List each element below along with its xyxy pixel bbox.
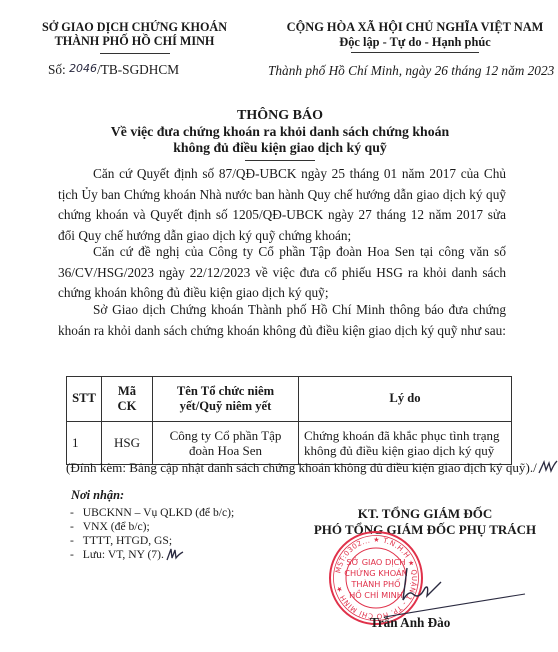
table-row: 1 HSG Công ty Cổ phần Tập đoàn Hoa Sen C…: [67, 422, 512, 465]
paragraph-legal-basis-2: Căn cứ đề nghị của Công ty Cổ phần Tập đ…: [58, 242, 506, 304]
number-suffix: /TB-SGDHCM: [97, 62, 179, 77]
paragraph-legal-basis-1: Căn cứ Quyết định số 87/QĐ-UBCK ngày 25 …: [58, 164, 506, 246]
title-subject-line2: không đủ điều kiện giao dịch ký quỹ: [60, 140, 500, 156]
attachment-note: (Đính kèm: Bảng cập nhật danh sách chứng…: [66, 460, 537, 476]
initials-mark-icon: [165, 546, 185, 562]
col-issuer-name: Tên Tổ chức niêm yết/Quỹ niêm yết: [153, 377, 299, 422]
handwritten-number: 2046: [69, 62, 97, 75]
recipient-item: TTTT, HTGD, GS;: [70, 534, 234, 548]
cell-stt: 1: [67, 422, 102, 465]
recipients-title: Nơi nhận:: [71, 488, 124, 503]
securities-table: STT Mã CK Tên Tổ chức niêm yết/Quỹ niêm …: [66, 376, 512, 465]
document-number: Số: 2046/TB-SGDHCM: [48, 62, 179, 78]
divider: [100, 53, 170, 54]
motto: Độc lập - Tự do - Hạnh phúc: [285, 35, 545, 50]
title-heading: THÔNG BÁO: [60, 108, 500, 124]
recipient-text: Lưu: VT, NY (7).: [83, 548, 164, 561]
recipients-list: UBCKNN – Vụ QLKD (để b/c); VNX (để b/c);…: [70, 506, 234, 562]
col-stt: STT: [67, 377, 102, 422]
cell-issuer-name: Công ty Cổ phần Tập đoàn Hoa Sen: [153, 422, 299, 465]
signature-title-line1: KT. TỔNG GIÁM ĐỐC: [300, 506, 550, 522]
document-title: THÔNG BÁO Về việc đưa chứng khoán ra khỏ…: [60, 108, 500, 161]
recipient-item: Lưu: VT, NY (7).: [70, 548, 234, 562]
col-ticker: Mã CK: [102, 377, 153, 422]
agency-line2: THÀNH PHỐ HỒ CHÍ MINH: [22, 34, 247, 48]
document-date: Thành phố Hồ Chí Minh, ngày 26 tháng 12 …: [268, 63, 554, 79]
cell-reason: Chứng khoán đã khắc phục tình trạng khôn…: [299, 422, 512, 465]
paragraph-announcement: Sở Giao dịch Chứng khoán Thành phố Hồ Ch…: [58, 300, 506, 341]
initials-mark-icon: [537, 458, 558, 476]
title-subject-line1: Về việc đưa chứng khoán ra khỏi danh sác…: [60, 124, 500, 140]
attachment-text: (Đính kèm: Bảng cập nhật danh sách chứng…: [66, 460, 537, 475]
issuing-agency: SỞ GIAO DỊCH CHỨNG KHOÁN THÀNH PHỐ HỒ CH…: [22, 20, 247, 54]
national-motto: CỘNG HÒA XÃ HỘI CHỦ NGHĨA VIỆT NAM Độc l…: [285, 20, 545, 53]
recipient-item: VNX (để b/c);: [70, 520, 234, 534]
signer-name: Trần Anh Đào: [370, 615, 450, 631]
recipient-item: UBCKNN – Vụ QLKD (để b/c);: [70, 506, 234, 520]
divider: [351, 52, 479, 53]
divider: [245, 160, 315, 161]
col-reason: Lý do: [299, 377, 512, 422]
agency-line1: SỞ GIAO DỊCH CHỨNG KHOÁN: [22, 20, 247, 34]
cell-ticker: HSG: [102, 422, 153, 465]
republic-name: CỘNG HÒA XÃ HỘI CHỦ NGHĨA VIỆT NAM: [285, 20, 545, 35]
number-prefix: Số:: [48, 62, 69, 77]
table-header-row: STT Mã CK Tên Tổ chức niêm yết/Quỹ niêm …: [67, 377, 512, 422]
